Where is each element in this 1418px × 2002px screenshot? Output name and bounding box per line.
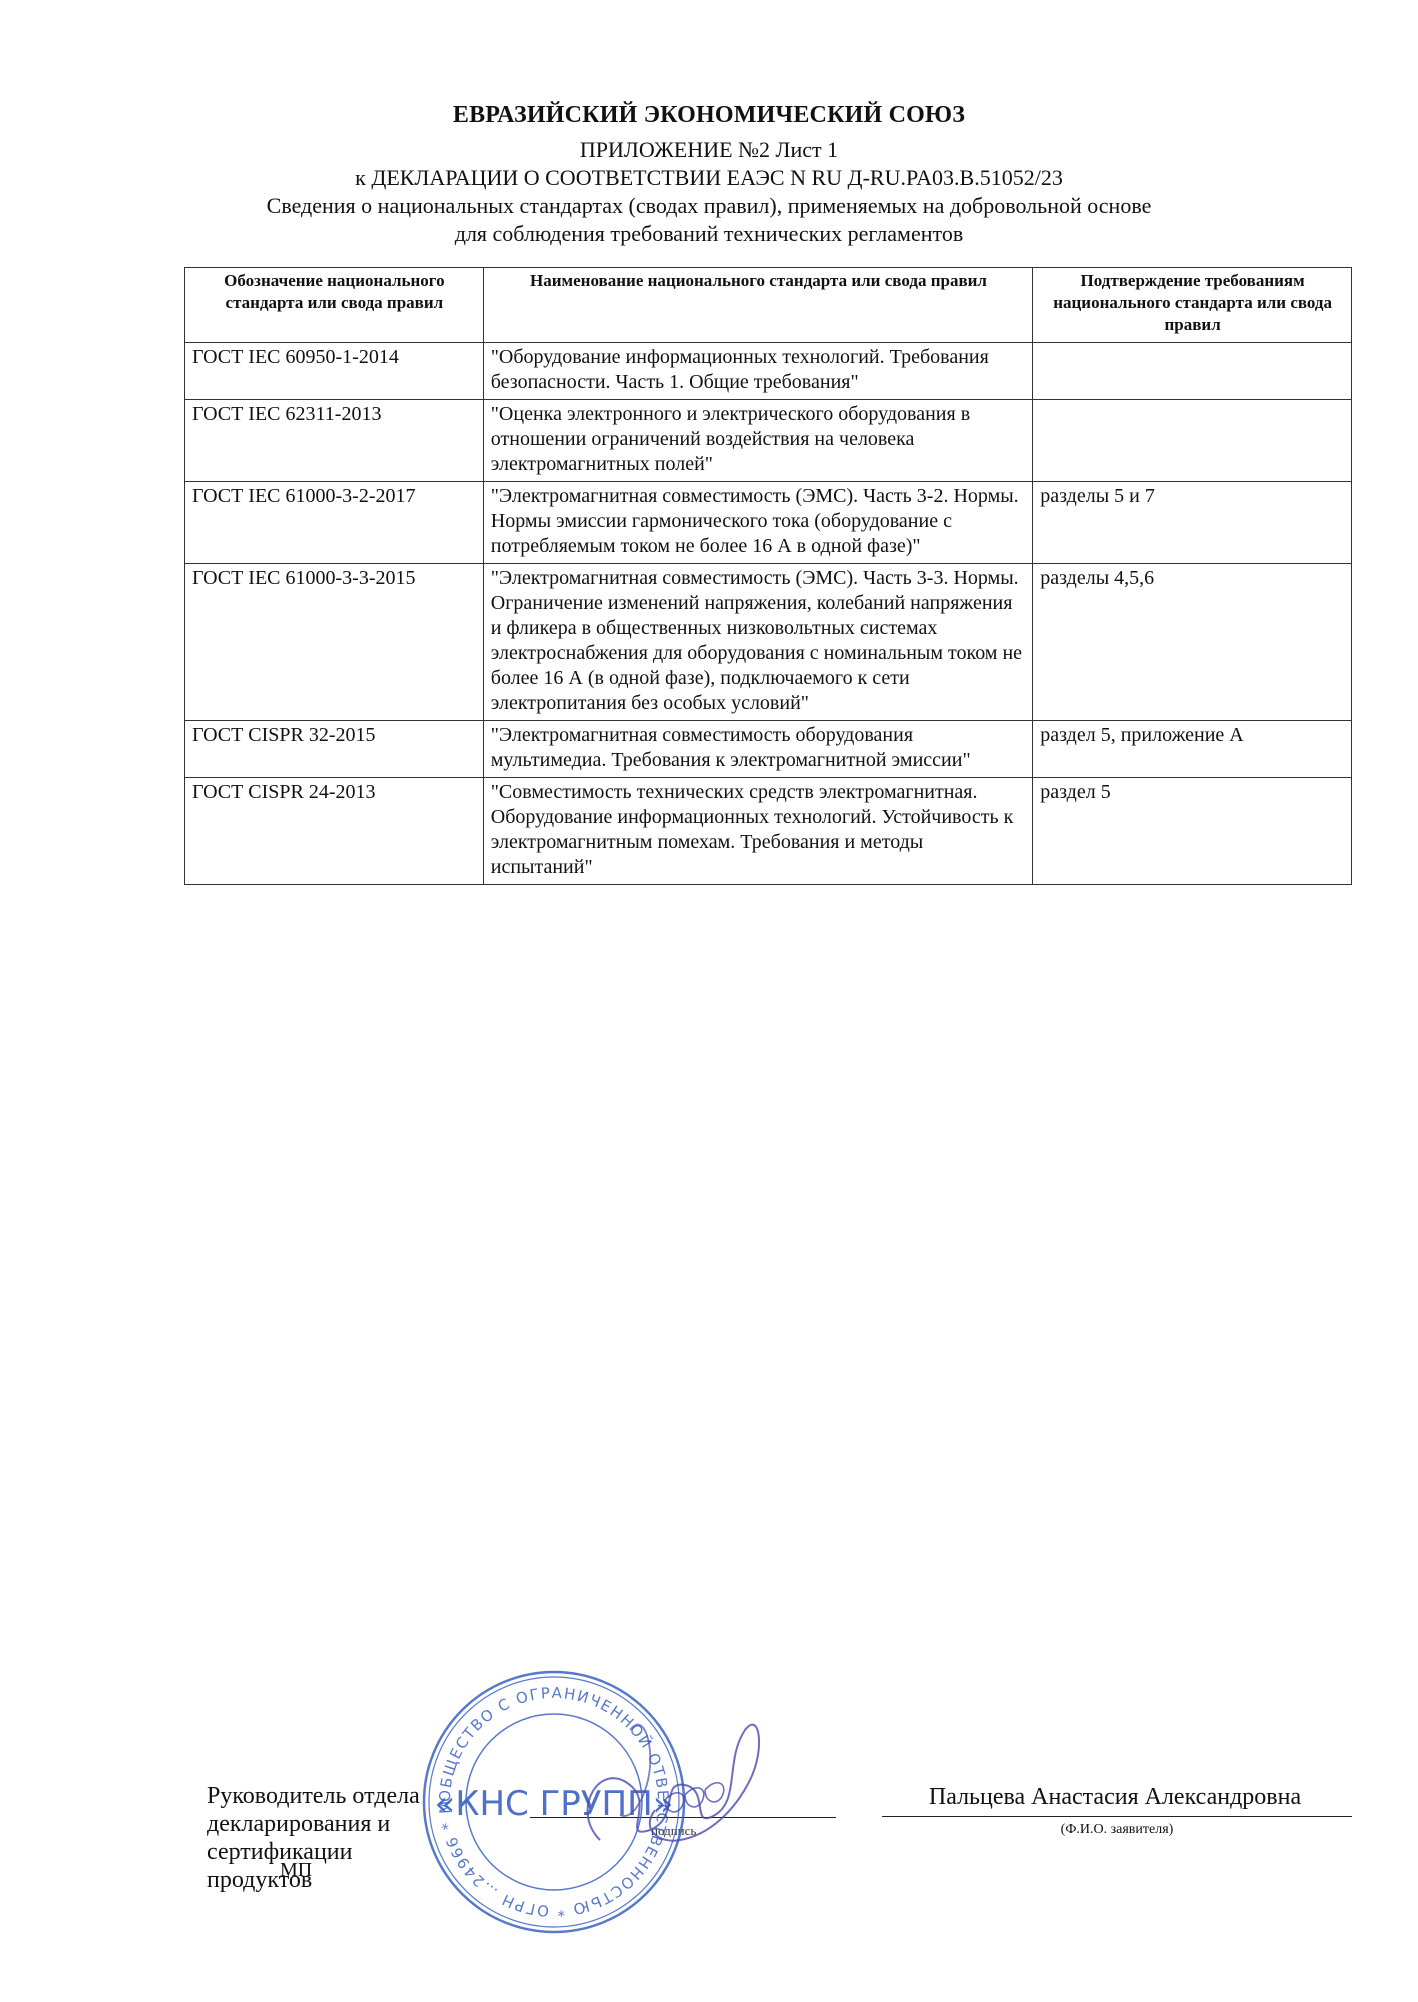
confirmation-cell: разделы 5 и 7 — [1033, 482, 1352, 564]
table-row: ГОСТ IEC 61000-3-2-2017"Электромагнитная… — [185, 482, 1352, 564]
column-header-name: Наименование национального стандарта или… — [483, 268, 1032, 343]
seal-mark: МП — [280, 1859, 312, 1882]
signatory-role: Руководитель отдела декларирования и сер… — [207, 1782, 447, 1894]
column-header-confirmation: Подтверждение требованиям национального … — [1033, 268, 1352, 343]
standard-name-cell: "Оценка электронного и электрического об… — [483, 400, 1032, 482]
handwritten-signature-icon — [560, 1690, 780, 1860]
confirmation-cell: раздел 5 — [1033, 778, 1352, 885]
standard-designation-cell: ГОСТ CISPR 32-2015 — [185, 721, 484, 778]
confirmation-cell — [1033, 400, 1352, 482]
table-row: ГОСТ IEC 61000-3-3-2015"Электромагнитная… — [185, 564, 1352, 721]
declaration-number: к ДЕКЛАРАЦИИ О СООТВЕТСТВИИ ЕАЭС N RU Д-… — [0, 164, 1418, 192]
name-line — [882, 1816, 1352, 1817]
standard-name-cell: "Электромагнитная совместимость оборудов… — [483, 721, 1032, 778]
standard-designation-cell: ГОСТ IEC 62311-2013 — [185, 400, 484, 482]
standard-designation-cell: ГОСТ CISPR 24-2013 — [185, 778, 484, 885]
signatory-name: Пальцева Анастасия Александровна — [880, 1784, 1350, 1811]
union-title: ЕВРАЗИЙСКИЙ ЭКОНОМИЧЕСКИЙ СОЮЗ — [0, 98, 1418, 132]
name-caption: (Ф.И.О. заявителя) — [882, 1822, 1352, 1838]
document-header: ЕВРАЗИЙСКИЙ ЭКОНОМИЧЕСКИЙ СОЮЗ ПРИЛОЖЕНИ… — [0, 98, 1418, 248]
standard-name-cell: "Электромагнитная совместимость (ЭМС). Ч… — [483, 564, 1032, 721]
subtitle-line-2: для соблюдения требований технических ре… — [0, 220, 1418, 248]
appendix-title: ПРИЛОЖЕНИЕ №2 Лист 1 — [0, 136, 1418, 164]
standard-name-cell: "Совместимость технических средств элект… — [483, 778, 1032, 885]
standard-designation-cell: ГОСТ IEC 61000-3-2-2017 — [185, 482, 484, 564]
svg-text:ОБЩЕСТВО С ОГРАНИЧЕННОЙ ОТВЕТС: ОБЩЕСТВО С ОГРАНИЧЕННОЙ ОТВЕТСТВЕННОСТЬЮ… — [420, 1668, 672, 1920]
company-stamp-icon: ОБЩЕСТВО С ОГРАНИЧЕННОЙ ОТВЕТСТВЕННОСТЬЮ… — [420, 1668, 688, 1936]
table-row: ГОСТ CISPR 32-2015"Электромагнитная совм… — [185, 721, 1352, 778]
column-header-designation: Обозначение национального стандарта или … — [185, 268, 484, 343]
standard-name-cell: "Оборудование информационных технологий.… — [483, 343, 1032, 400]
confirmation-cell: раздел 5, приложение А — [1033, 721, 1352, 778]
confirmation-cell: разделы 4,5,6 — [1033, 564, 1352, 721]
standard-designation-cell: ГОСТ IEC 60950-1-2014 — [185, 343, 484, 400]
svg-text:«КНС ГРУПП»: «КНС ГРУПП» — [435, 1784, 674, 1824]
table-row: ГОСТ CISPR 24-2013"Совместимость техниче… — [185, 778, 1352, 885]
table-row: ГОСТ IEC 62311-2013"Оценка электронного … — [185, 400, 1352, 482]
standard-designation-cell: ГОСТ IEC 61000-3-3-2015 — [185, 564, 484, 721]
table-header-row: Обозначение национального стандарта или … — [185, 268, 1352, 343]
subtitle-line-1: Сведения о национальных стандартах (свод… — [0, 192, 1418, 220]
standard-name-cell: "Электромагнитная совместимость (ЭМС). Ч… — [483, 482, 1032, 564]
confirmation-cell — [1033, 343, 1352, 400]
signature-caption: подпись — [651, 1823, 696, 1839]
signature-line — [530, 1817, 836, 1818]
standards-table: Обозначение национального стандарта или … — [184, 267, 1352, 885]
table-row: ГОСТ IEC 60950-1-2014"Оборудование инфор… — [185, 343, 1352, 400]
